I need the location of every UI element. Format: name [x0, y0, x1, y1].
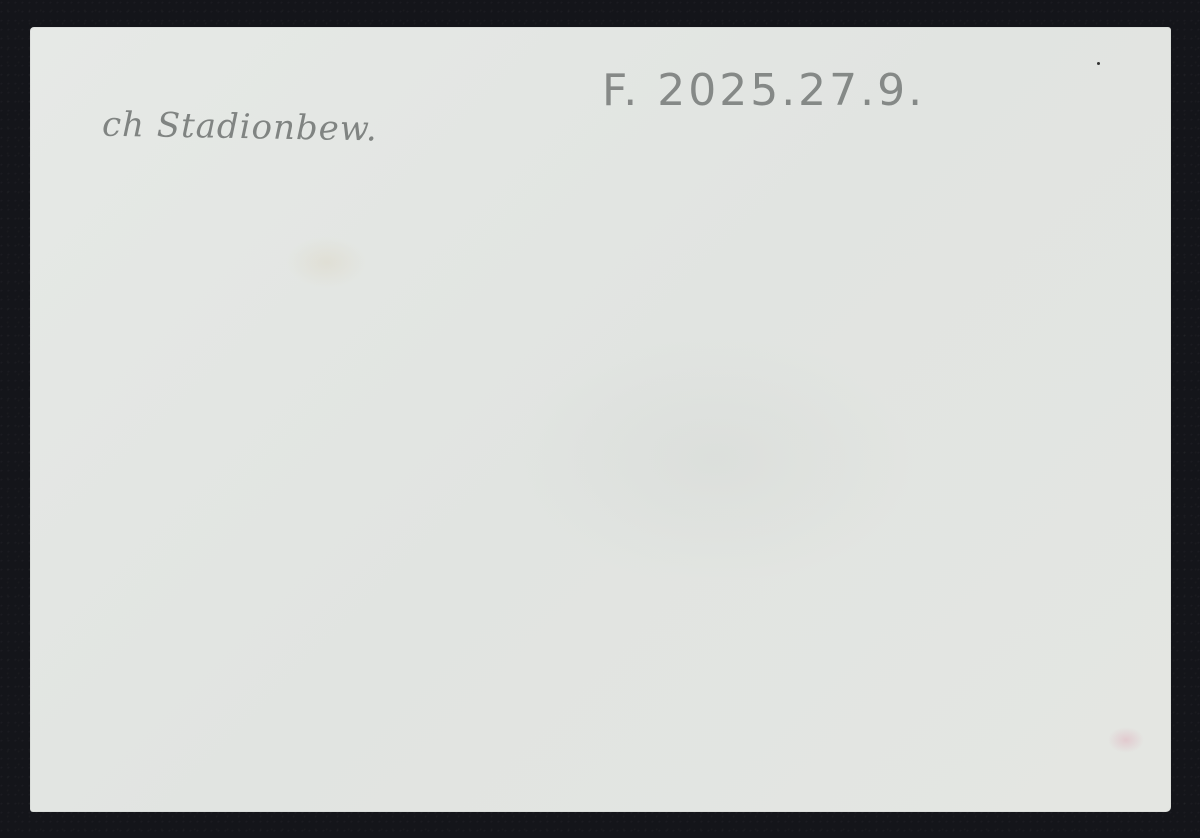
handwritten-caption: ch Stadionbew.	[102, 105, 378, 150]
pencil-dot-mark	[1097, 62, 1100, 65]
accession-number: F. 2025.27.9.	[602, 65, 925, 116]
photo-card-back: ch Stadionbew. F. 2025.27.9.	[30, 27, 1171, 812]
faint-stamp-mark	[1108, 727, 1144, 753]
